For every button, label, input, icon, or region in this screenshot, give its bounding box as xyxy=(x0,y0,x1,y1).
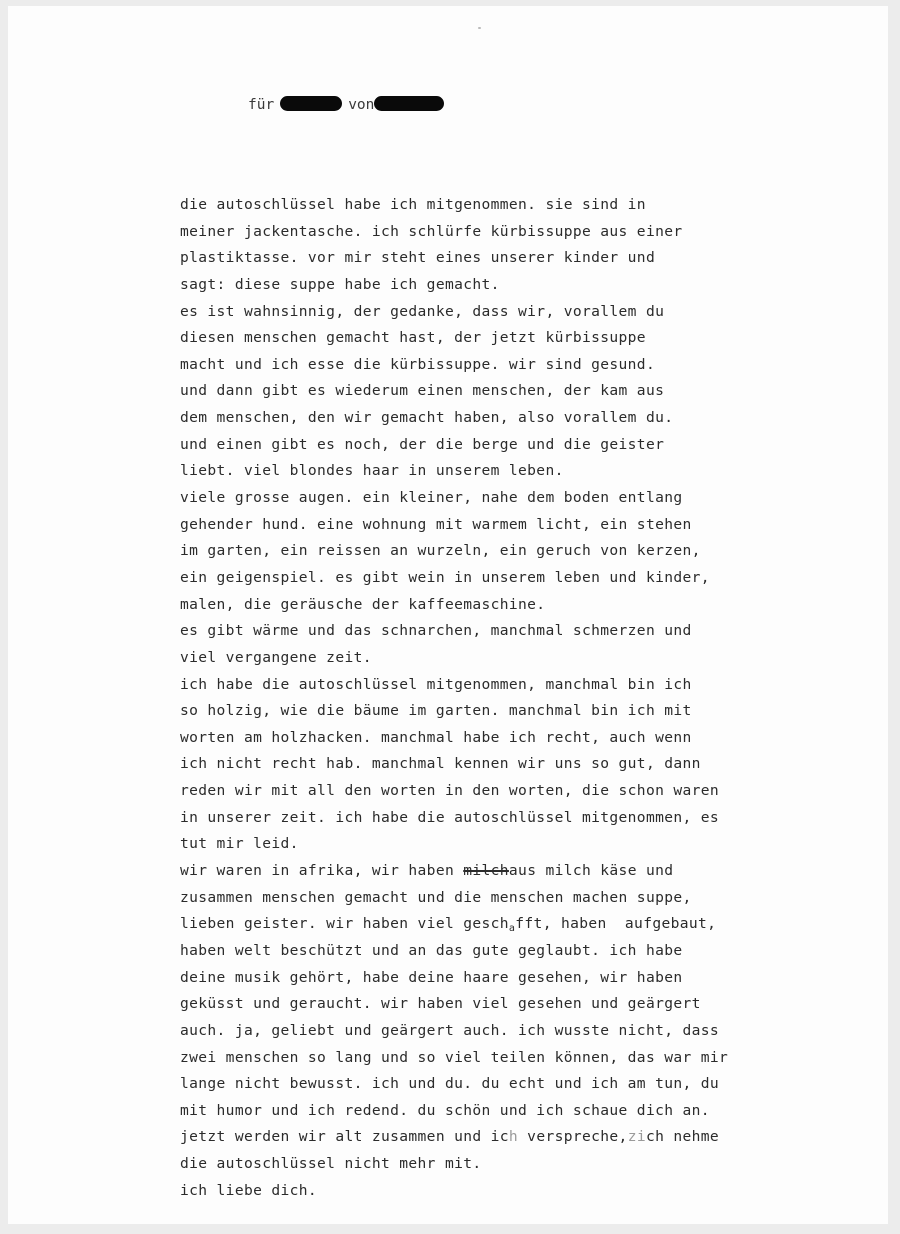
text-line: ein geigenspiel. es gibt wein in unserem… xyxy=(180,565,780,592)
text-segment: verspreche, xyxy=(518,1128,628,1145)
text-line: es ist wahnsinnig, der gedanke, dass wir… xyxy=(180,299,780,326)
text-line: in unserer zeit. ich habe die autoschlüs… xyxy=(180,805,780,832)
text-line: gehender hund. eine wohnung mit warmem l… xyxy=(180,512,780,539)
text-line: dem menschen, den wir gemacht haben, als… xyxy=(180,405,780,432)
header-prefix: für xyxy=(248,97,274,113)
text-line: diesen menschen gemacht hast, der jetzt … xyxy=(180,325,780,352)
redacted-sender xyxy=(374,96,444,111)
struck-out-word: milch xyxy=(463,862,509,879)
redacted-recipient xyxy=(280,96,342,111)
text-segment: lieben geister. wir haben viel gesch xyxy=(180,915,509,932)
text-line: tut mir leid. xyxy=(180,831,780,858)
header-middle: von xyxy=(348,97,374,113)
text-line: worten am holzhacken. manchmal habe ich … xyxy=(180,725,780,752)
letter-body: die autoschlüssel habe ich mitgenommen. … xyxy=(180,192,780,1204)
typewritten-page: fürvon die autoschlüssel habe ich mitgen… xyxy=(8,6,888,1224)
text-line: plastiktasse. vor mir steht eines unsere… xyxy=(180,245,780,272)
paper-speck xyxy=(478,27,481,29)
text-line: malen, die geräusche der kaffeemaschine. xyxy=(180,592,780,619)
text-line: ich habe die autoschlüssel mitgenommen, … xyxy=(180,672,780,699)
text-line-closing: ich liebe dich. xyxy=(180,1178,780,1205)
text-segment: ch nehme xyxy=(646,1128,719,1145)
text-line: geküsst und geraucht. wir haben viel ges… xyxy=(180,991,780,1018)
text-line-verspreche: jetzt werden wir alt zusammen und ich ve… xyxy=(180,1124,780,1151)
text-line: im garten, ein reissen an wurzeln, ein g… xyxy=(180,538,780,565)
text-line-geschafft: lieben geister. wir haben viel geschafft… xyxy=(180,911,780,938)
text-segment: fft, haben aufgebaut, xyxy=(515,915,716,932)
text-line: die autoschlüssel nicht mehr mit. xyxy=(180,1151,780,1178)
faint-letter: h xyxy=(509,1128,518,1145)
text-line: ich nicht recht hab. manchmal kennen wir… xyxy=(180,751,780,778)
text-line: viel vergangene zeit. xyxy=(180,645,780,672)
text-line: zusammen menschen gemacht und die mensch… xyxy=(180,885,780,912)
text-line: haben welt beschützt und an das gute geg… xyxy=(180,938,780,965)
text-line: zwei menschen so lang und so viel teilen… xyxy=(180,1045,780,1072)
text-line: liebt. viel blondes haar in unserem lebe… xyxy=(180,458,780,485)
text-line: und dann gibt es wiederum einen menschen… xyxy=(180,378,780,405)
letter-header: fürvon xyxy=(248,96,444,113)
text-segment: wir waren in afrika, wir haben xyxy=(180,862,463,879)
text-line: so holzig, wie die bäume im garten. manc… xyxy=(180,698,780,725)
text-line: und einen gibt es noch, der die berge un… xyxy=(180,432,780,459)
text-segment: jetzt werden wir alt zusammen und ic xyxy=(180,1128,509,1145)
text-line: mit humor und ich redend. du schön und i… xyxy=(180,1098,780,1125)
text-line: auch. ja, geliebt und geärgert auch. ich… xyxy=(180,1018,780,1045)
text-line: es gibt wärme und das schnarchen, manchm… xyxy=(180,618,780,645)
text-line: die autoschlüssel habe ich mitgenommen. … xyxy=(180,192,780,219)
text-line: deine musik gehört, habe deine haare ges… xyxy=(180,965,780,992)
text-line: sagt: diese suppe habe ich gemacht. xyxy=(180,272,780,299)
text-line: viele grosse augen. ein kleiner, nahe de… xyxy=(180,485,780,512)
text-line: reden wir mit all den worten in den wort… xyxy=(180,778,780,805)
overtyped-letters: zi xyxy=(628,1128,646,1145)
text-line: lange nicht bewusst. ich und du. du echt… xyxy=(180,1071,780,1098)
text-line: macht und ich esse die kürbissuppe. wir … xyxy=(180,352,780,379)
text-segment: aus milch käse und xyxy=(509,862,673,879)
text-line: meiner jackentasche. ich schlürfe kürbis… xyxy=(180,219,780,246)
text-line-afrika: wir waren in afrika, wir haben milchaus … xyxy=(180,858,780,885)
